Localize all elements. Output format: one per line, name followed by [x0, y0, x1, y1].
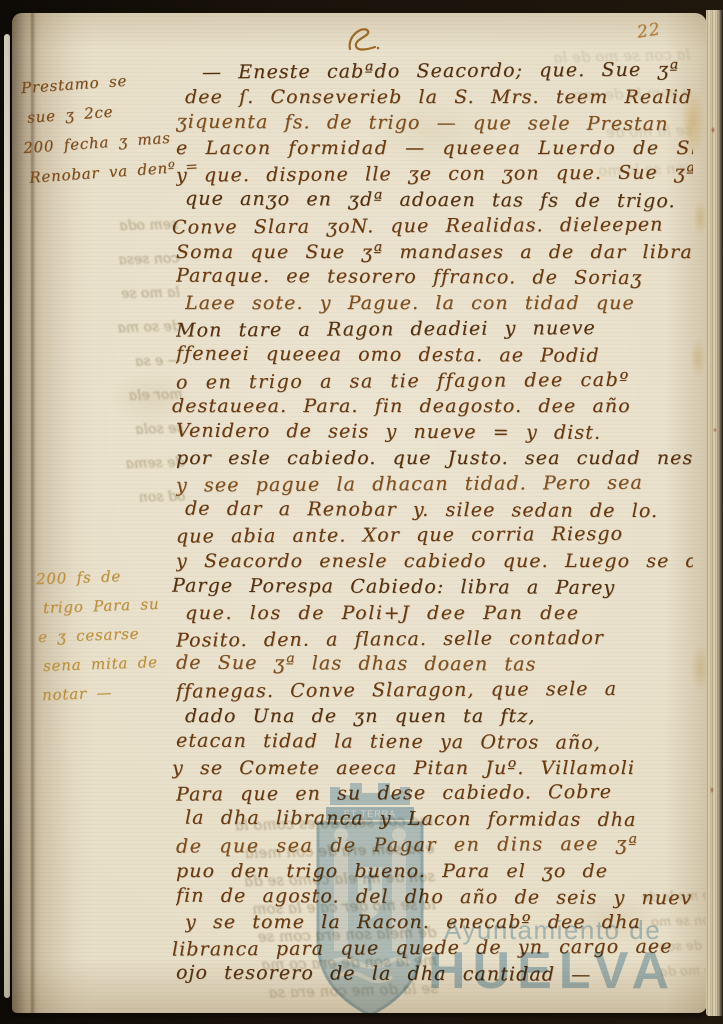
manuscript-page: sem odacon sesala mo sede so ma— e samor… — [12, 13, 707, 1013]
margin-note-line: notar — — [42, 677, 163, 710]
manuscript-text-line: Parge Porespa Cabiedo: libra a Parey — [172, 574, 693, 603]
manuscript-text-line: que anʒo en ʒdª adoaen tas fs de trigo. — [185, 187, 693, 215]
showthrough-line: mor ela — [48, 377, 183, 414]
showthrough-line: con sesa — [45, 241, 180, 278]
showthrough-line: od son — [51, 479, 186, 516]
manuscript-text-line: Para que en su dese cabiedo. Cobre — [176, 780, 693, 809]
manuscript-text-line: ffeneei queeea omo desta. ae Podid — [176, 341, 693, 370]
showthrough-line: — e sa — [48, 343, 183, 380]
manuscript-text-line: Conve Slara ʒoN. que Realidas. dieleepen — [172, 212, 693, 241]
manuscript-text-line: Laee sote. y Pague. la con tidad que — [185, 291, 693, 317]
manuscript-text-line: y see pague la dhacan tidad. Pero sea — [176, 470, 693, 499]
manuscript-text-line: Posito. den. a flanca. selle contador — [176, 625, 693, 654]
manuscript-text-line: ojo tesorero de la dha cantidad — — [176, 961, 693, 990]
cross-flourish-icon — [342, 21, 382, 59]
manuscript-text-line: de Sue ʒª las dhas doaen tas — [176, 651, 693, 680]
manuscript-text-line: y se tome la Racon. enecabº dee dha — [185, 910, 693, 936]
manuscript-text-line: dee ſ. Conseverieb la S. Mrs. teem Reali… — [185, 85, 693, 111]
manuscript-text-line: Paraque. ee tesorero ffranco. de Soriaʒ — [176, 264, 693, 293]
manuscript-text-line: Soma que Sue ʒª mandases a de dar libra — [176, 240, 693, 266]
margin-note-line: 200 fs de — [36, 561, 159, 594]
manuscript-text-line: — Eneste cabªdo Seacordo; que. Sue ʒª — [202, 58, 693, 87]
manuscript-text-line: de que sea de Pagar en dins aee ʒª — [176, 831, 693, 860]
manuscript-text-line: destaueea. Para. fin deagosto. dee año — [172, 394, 693, 420]
cross-flourish-icon — [342, 21, 382, 63]
manuscript-text-line: de dar a Renobar y. silee sedan de lo. — [185, 496, 693, 524]
manuscript-text-line: la dha libranca y Lacon formidas dha — [185, 806, 693, 834]
main-text-block: — Eneste cabªdo Seacordo; que. Sue ʒªdee… — [176, 59, 693, 988]
margin-note-line: e ʒ cesarse — [38, 619, 161, 652]
manuscript-text-line: e Lacon formidad — queeea Luerdo de Slar… — [176, 136, 693, 162]
margin-note-line: trigo Para su — [43, 590, 160, 623]
page-number: 22 — [636, 19, 662, 42]
margin-note-line: sena mita de — [43, 648, 162, 681]
showthrough-line: la mo se — [46, 275, 181, 312]
manuscript-text-line: ʒiquenta fs. de trigo — que sele Prestan — [176, 109, 693, 138]
manuscript-text-line: dado Una de ʒn quen ta ftz, — [185, 704, 693, 730]
previous-page-edge — [4, 34, 10, 998]
manuscript-text-line: Mon tare a Ragon deadiei y nueve — [176, 315, 693, 344]
manuscript-photo: sem odacon sesala mo sede so ma— e samor… — [0, 0, 723, 1024]
showthrough-left-column: sem odacon sesala mo sede so ma— e samor… — [44, 207, 186, 516]
manuscript-text-line: que abia ante. Xor que corria Riesgo — [176, 522, 693, 551]
manuscript-text-line: ffanegas. Conve Slaragon, que sele a — [176, 677, 693, 706]
manuscript-text-line: que. los de Poli+J dee Pan dee — [185, 601, 693, 627]
manuscript-text-line: libranca para que quede de yn cargo aee — [172, 935, 693, 964]
manuscript-text-line: Venidero de seis y nueve = y dist. — [176, 419, 693, 448]
showthrough-line: de sema — [50, 445, 185, 482]
margin-note-wheat: 200 fs detrigo Para sue ʒ cesarsesena mi… — [36, 561, 163, 710]
showthrough-line: de so ma — [47, 309, 182, 346]
margin-note-loan: Prestamo sesue ʒ 2ce200 fecha ʒ masRenob… — [20, 61, 200, 193]
showthrough-line: se sola — [49, 411, 184, 448]
manuscript-text-line: etacan tidad la tiene ya Otros año, — [176, 728, 693, 757]
manuscript-text-line: y Seacordo enesle cabiedo que. Luego se … — [176, 549, 693, 575]
manuscript-text-line: fin de agosto. del dho año de seis y nue… — [176, 883, 693, 912]
manuscript-text-line: por esle cabiedo. que Justo. sea cudad n… — [176, 446, 693, 472]
manuscript-text-line: y se Comete aeeca Pitan Juº. Villamoli — [172, 756, 693, 782]
showthrough-line: sem oda — [44, 207, 179, 244]
manuscript-text-line: y que. dispone lle ʒe con ʒon que. Sue ʒ… — [176, 161, 693, 190]
manuscript-text-line: o en trigo a sa tie ffagon dee cabº — [176, 367, 693, 396]
page-stack-edge — [706, 10, 723, 1016]
manuscript-text-line: puo den trigo bueno. Para el ʒo de — [176, 859, 693, 885]
